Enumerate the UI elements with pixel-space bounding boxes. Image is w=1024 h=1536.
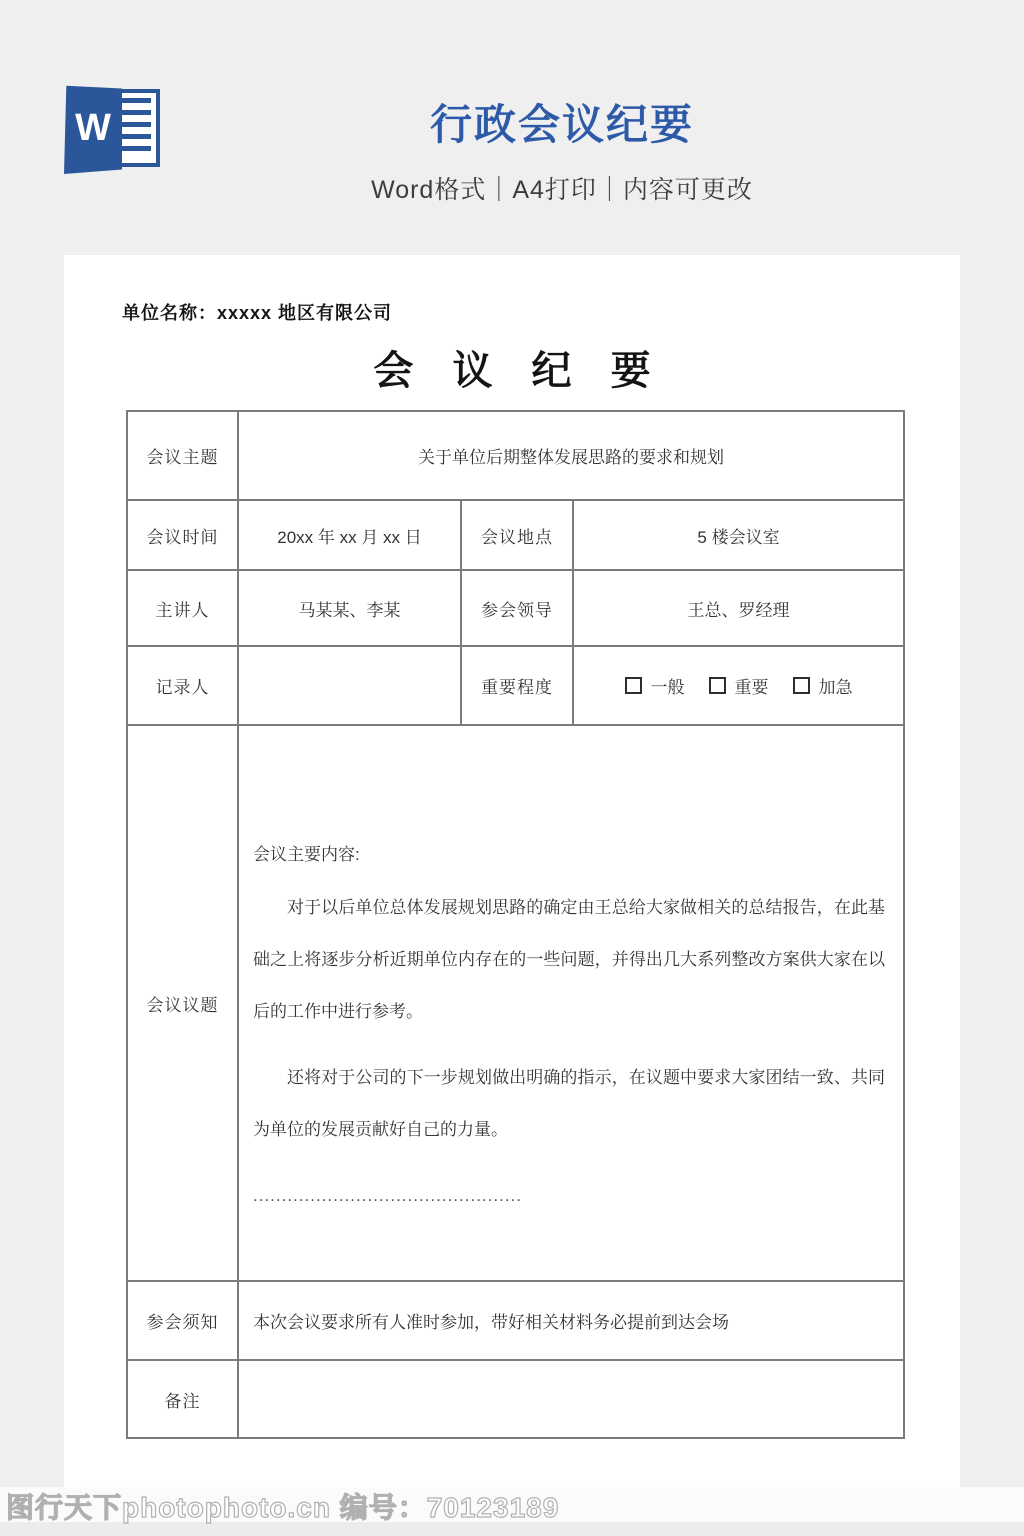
header: W 行政会议纪要 Word格式｜A4打印｜内容可更改 — [0, 0, 1024, 255]
checkbox-label: 加急 — [819, 673, 853, 698]
location-label: 会议地点 — [461, 500, 573, 570]
time-value: 20xx 年 xx 月 xx 日 — [238, 500, 461, 570]
checkbox-icon[interactable] — [793, 677, 810, 694]
checkbox-icon[interactable] — [625, 677, 642, 694]
leaders-value: 王总、罗经理 — [573, 570, 904, 646]
watermark-text: 图行天下photophoto.cn 编号：70123189 — [6, 1486, 559, 1526]
header-text-block: 行政会议纪要 Word格式｜A4打印｜内容可更改 — [110, 92, 1014, 206]
location-value: 5 楼会议室 — [573, 500, 904, 570]
document-title: 会 议 纪 要 — [64, 339, 960, 396]
remark-label: 备注 — [127, 1360, 238, 1438]
importance-options: 一般 重要 加急 — [574, 673, 903, 698]
template-title: 行政会议纪要 — [110, 92, 1014, 152]
notice-label: 参会须知 — [127, 1281, 238, 1360]
page-canvas: W 行政会议纪要 Word格式｜A4打印｜内容可更改 单位名称：xxxxx 地区… — [0, 0, 1024, 1536]
document-page: 单位名称：xxxxx 地区有限公司 会 议 纪 要 会议主题 关于单位后期整体发… — [64, 255, 960, 1520]
time-label: 会议时间 — [127, 500, 238, 570]
table-row-notice: 参会须知 本次会议要求所有人准时参加，带好相关材料务必提前到达会场 — [127, 1281, 904, 1360]
template-subtitle: Word格式｜A4打印｜内容可更改 — [110, 170, 1014, 206]
topic-label: 会议主题 — [127, 411, 238, 500]
leaders-label: 参会领导 — [461, 570, 573, 646]
recorder-value — [238, 646, 461, 725]
table-row-remark: 备注 — [127, 1360, 904, 1438]
table-row-time-location: 会议时间 20xx 年 xx 月 xx 日 会议地点 5 楼会议室 — [127, 500, 904, 570]
agenda-paragraph-2: 还将对于公司的下一步规划做出明确的指示，在议题中要求大家团结一致、共同为单位的发… — [253, 1052, 885, 1156]
importance-option-normal: 一般 — [625, 673, 685, 698]
checkbox-icon[interactable] — [709, 677, 726, 694]
recorder-label: 记录人 — [127, 646, 238, 725]
table-row-topic: 会议主题 关于单位后期整体发展思路的要求和规划 — [127, 411, 904, 500]
speaker-label: 主讲人 — [127, 570, 238, 646]
agenda-dotted-line: ........................................… — [253, 1186, 885, 1206]
importance-label: 重要程度 — [461, 646, 573, 725]
table-row-recorder-importance: 记录人 重要程度 一般 重要 — [127, 646, 904, 725]
speaker-value: 马某某、李某 — [238, 570, 461, 646]
table-row-speaker-leaders: 主讲人 马某某、李某 参会领导 王总、罗经理 — [127, 570, 904, 646]
agenda-content-cell: 会议主要内容: 对于以后单位总体发展规划思路的确定由王总给大家做相关的总结报告，… — [238, 725, 904, 1281]
notice-value: 本次会议要求所有人准时参加，带好相关材料务必提前到达会场 — [238, 1281, 904, 1360]
word-letter: W — [75, 107, 111, 150]
agenda-heading: 会议主要内容: — [253, 842, 885, 868]
unit-name-line: 单位名称：xxxxx 地区有限公司 — [122, 299, 392, 325]
importance-option-urgent: 加急 — [793, 673, 853, 698]
checkbox-label: 一般 — [651, 673, 685, 698]
agenda-label: 会议议题 — [127, 725, 238, 1281]
importance-option-important: 重要 — [709, 673, 769, 698]
importance-cell: 一般 重要 加急 — [573, 646, 904, 725]
minutes-table: 会议主题 关于单位后期整体发展思路的要求和规划 会议时间 20xx 年 xx 月… — [126, 410, 905, 1439]
topic-value: 关于单位后期整体发展思路的要求和规划 — [238, 411, 904, 500]
remark-value — [238, 1360, 904, 1438]
table-row-agenda: 会议议题 会议主要内容: 对于以后单位总体发展规划思路的确定由王总给大家做相关的… — [127, 725, 904, 1281]
checkbox-label: 重要 — [735, 673, 769, 698]
agenda-paragraph-1: 对于以后单位总体发展规划思路的确定由王总给大家做相关的总结报告，在此基础之上将逐… — [253, 882, 885, 1038]
